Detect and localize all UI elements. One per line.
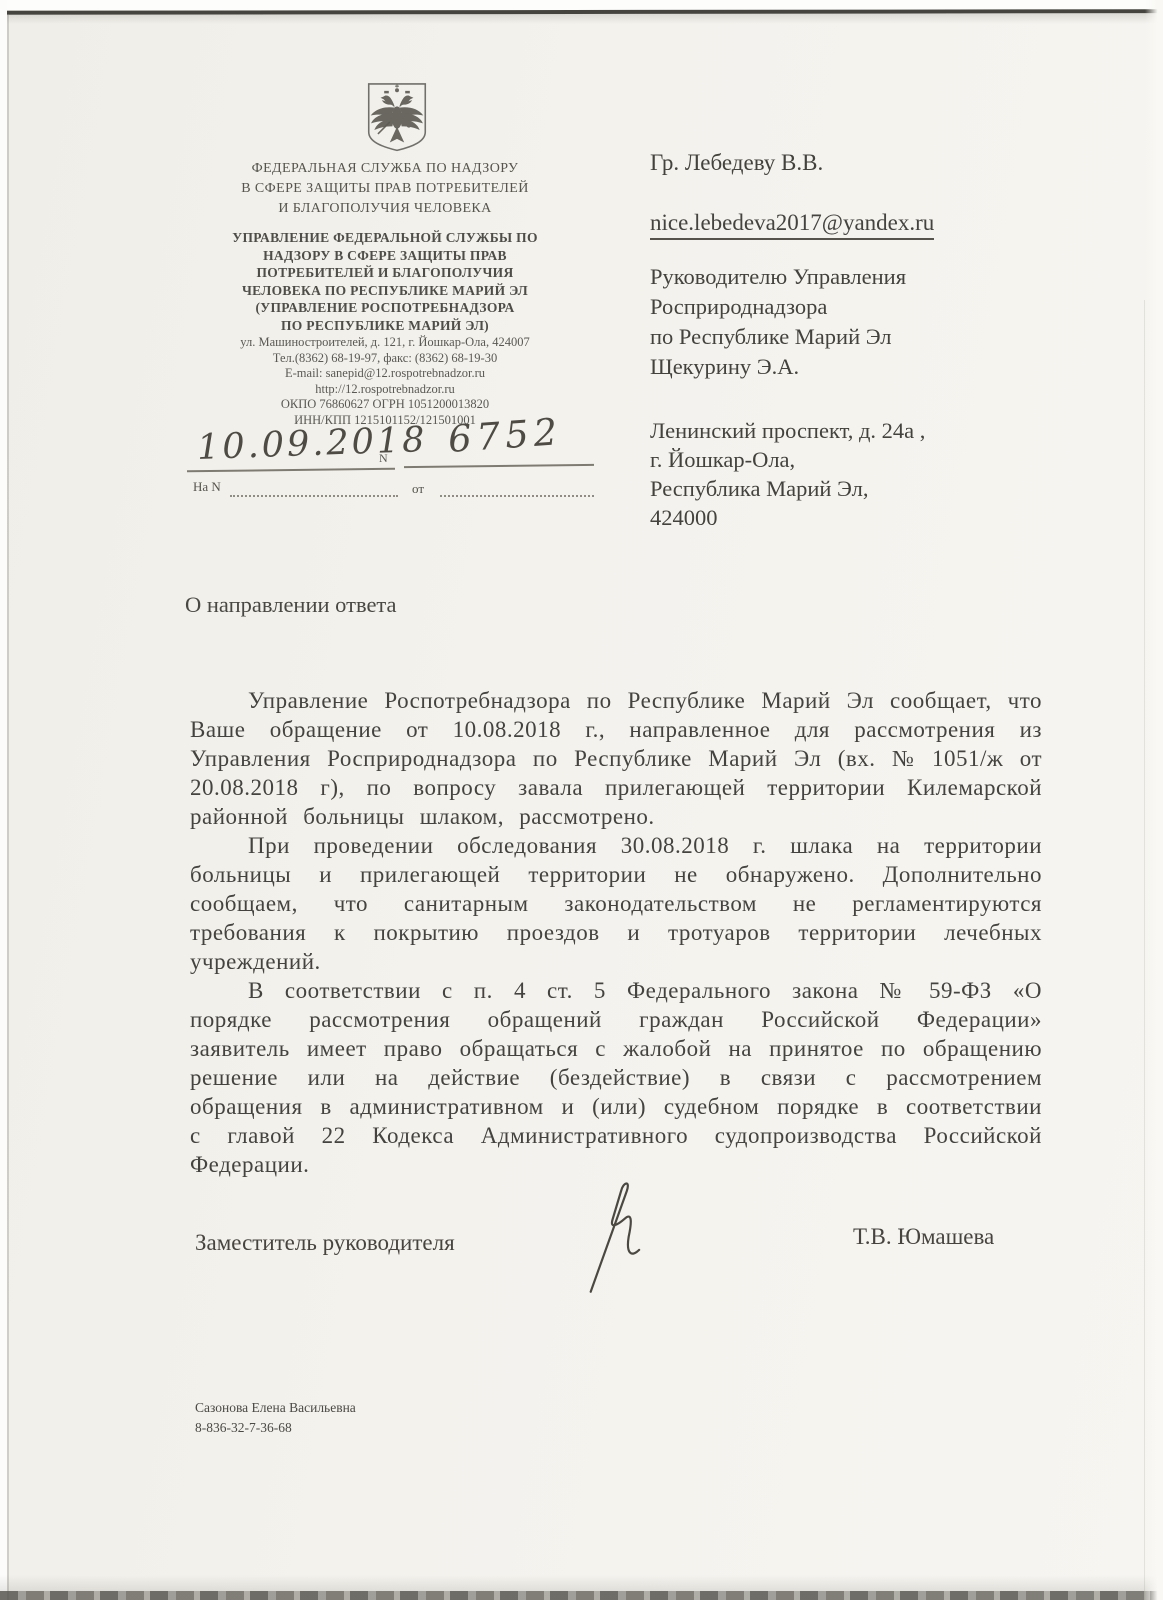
scan-edge-bottom-shade [0, 1575, 1163, 1591]
handwritten-signature [585, 1172, 680, 1310]
recipient-email: nice.lebedeva2017@yandex.ru [650, 210, 934, 240]
address-line: Республика Марий Эл, [650, 474, 1050, 503]
scan-edge-bottom [0, 1591, 1163, 1600]
federal-service-name: ФЕДЕРАЛЬНАЯ СЛУЖБА ПО НАДЗОРУ В СФЕРЕ ЗА… [150, 159, 620, 219]
scan-edge-left-line [7, 14, 9, 1600]
recipient-line: по Республике Марий Эл [650, 322, 1050, 352]
executor-name: Сазонова Елена Васильевна [195, 1398, 356, 1418]
reply-number-blank [230, 495, 398, 497]
office-line: ПО РЕСПУБЛИКЕ МАРИЙ ЭЛ) [150, 317, 620, 335]
recipient-address-block: Ленинский проспект, д. 24а , г. Йошкар-О… [650, 416, 1050, 532]
recipient-line: Щекурину Э.А. [650, 352, 1050, 382]
office-line: (УПРАВЛЕНИЕ РОСПОТРЕБНАДЗОРА [150, 299, 620, 317]
executor-block: Сазонова Елена Васильевна 8-836-32-7-36-… [195, 1398, 356, 1438]
address-line: г. Йошкар-Ола, [650, 445, 1050, 474]
service-line: В СФЕРЕ ЗАЩИТЫ ПРАВ ПОТРЕБИТЕЛЕЙ [150, 179, 620, 199]
executor-phone: 8-836-32-7-36-68 [195, 1418, 356, 1438]
signer-title: Заместитель руководителя [195, 1230, 455, 1256]
signer-name: Т.В. Юмашева [853, 1224, 994, 1250]
scan-edge-top-shade [0, 14, 1163, 24]
coat-of-arms-icon [364, 82, 430, 158]
office-line: НАДЗОРУ В СФЕРЕ ЗАЩИТЫ ПРАВ [150, 247, 620, 265]
office-line: ПОТРЕБИТЕЛЕЙ И БЛАГОПОЛУЧИЯ [150, 264, 620, 282]
number-sign-label: N [379, 451, 388, 466]
subject-line: О направлении ответа [185, 592, 397, 618]
address-line: Ленинский проспект, д. 24а , [650, 416, 1050, 445]
handwritten-date: 10.09.2018 [196, 420, 428, 468]
contact-line: E-mail: sanepid@12.rospotrebnadzor.ru [150, 366, 620, 382]
date-underline [187, 468, 395, 473]
contact-line: Тел.(8362) 68-19-97, факс: (8362) 68-19-… [150, 351, 620, 367]
recipient-person: Гр. Лебедеву В.В. [650, 150, 823, 176]
scan-edge-right [1145, 0, 1163, 1600]
scanned-letter-page: ФЕДЕРАЛЬНАЯ СЛУЖБА ПО НАДЗОРУ В СФЕРЕ ЗА… [0, 0, 1163, 1600]
contact-line: http://12.rospotrebnadzor.ru [150, 382, 620, 398]
letter-body: Управление Роспотребнадзора по Республик… [190, 686, 1042, 1179]
handwritten-outgoing-number: 6752 [447, 410, 564, 461]
recipient-official-block: Руководителю Управления Росприроднадзора… [650, 262, 1050, 382]
recipient-line: Росприроднадзора [650, 292, 1050, 322]
body-paragraph: При проведении обследования 30.08.2018 г… [190, 831, 1042, 976]
body-paragraph: В соответствии с п. 4 ст. 5 Федерального… [190, 976, 1042, 1179]
body-paragraph: Управление Роспотребнадзора по Республик… [190, 686, 1042, 831]
office-line: УПРАВЛЕНИЕ ФЕДЕРАЛЬНОЙ СЛУЖБЫ ПО [150, 229, 620, 247]
scan-edge-left [0, 0, 7, 1600]
reply-to-label: На N [193, 479, 221, 495]
service-line: И БЛАГОПОЛУЧИЯ ЧЕЛОВЕКА [150, 199, 620, 219]
number-underline [404, 464, 594, 468]
regional-office-name: УПРАВЛЕНИЕ ФЕДЕРАЛЬНОЙ СЛУЖБЫ ПО НАДЗОРУ… [150, 229, 620, 334]
office-line: ЧЕЛОВЕКА ПО РЕСПУБЛИКЕ МАРИЙ ЭЛ [150, 282, 620, 300]
contact-line: ул. Машиностроителей, д. 121, г. Йошкар-… [150, 335, 620, 351]
recipient-line: Руководителю Управления [650, 262, 1050, 292]
reply-from-label: от [412, 481, 424, 497]
reply-date-blank [440, 495, 594, 497]
address-line: 424000 [650, 503, 1050, 532]
service-line: ФЕДЕРАЛЬНАЯ СЛУЖБА ПО НАДЗОРУ [150, 159, 620, 179]
